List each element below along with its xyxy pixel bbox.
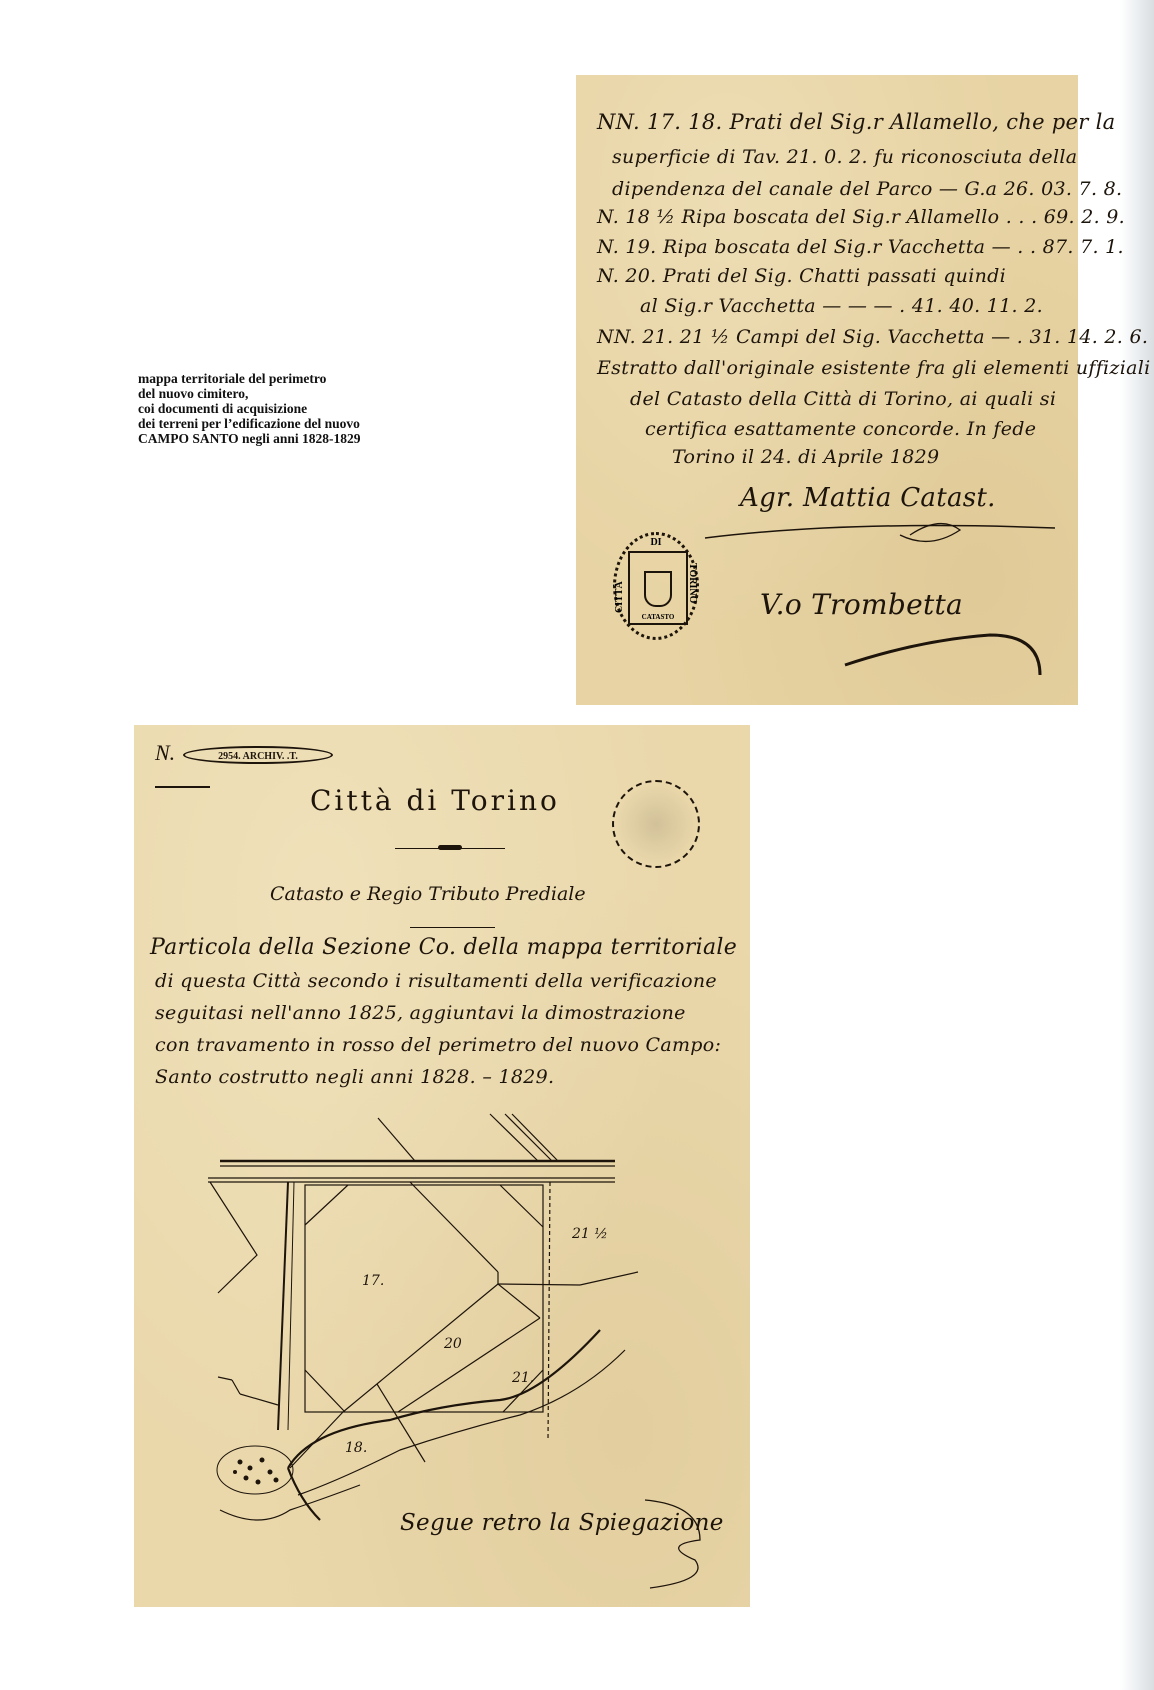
number-underline [155,786,210,788]
figure-caption: mappa territoriale del perimetro del nuo… [138,371,438,446]
caption-line: dei terreni per l’edificazione del nuovo [138,416,438,431]
signature-underline [840,620,1050,680]
handwritten-line: superficie di Tav. 21. 0. 2. fu riconosc… [612,146,1077,168]
handwritten-line: N. 20. Prati del Sig. Chatti passati qui… [597,265,1006,287]
handwritten-line: N. 19. Ripa boscata del Sig.r Vacchetta … [597,236,1124,258]
city-title: Città di Torino [310,784,560,817]
footer-flourish [640,1490,720,1600]
archive-stamp: 2954. ARCHIV. .T. [183,746,333,764]
handwritten-line: NN. 17. 18. Prati del Sig.r Allamello, c… [597,110,1115,134]
handwritten-line: Santo costrutto negli anni 1828. – 1829. [155,1066,554,1088]
signature-cataster: Agr. Mattia Catast. [740,483,996,513]
subtitle-divider [410,927,495,928]
parcel-label-21: 21. [511,1370,534,1386]
handwritten-line: di questa Città secondo i risultamenti d… [155,970,717,992]
seal-text-top: DI [616,537,696,548]
round-stamp [612,780,700,868]
handwritten-line: N. 18 ½ Ripa boscata del Sig.r Allamello… [597,206,1125,228]
caption-line: del nuovo cimitero, [138,386,438,401]
seal-frame: CATASTO [628,551,688,625]
handwritten-line: Particola della Sezione Co. della mappa … [150,935,737,960]
document-number-label: N. [155,740,175,766]
handwritten-line: seguitasi nell'anno 1825, aggiuntavi la … [155,1002,686,1024]
signature-visto: V.o Trombetta [760,588,963,621]
handwritten-line: Torino il 24. di Aprile 1829 [672,446,939,468]
caption-line: coi documenti di acquisizione [138,401,438,416]
seal-text-right: TORINO [687,563,698,575]
seal-text-bottom: CATASTO [630,613,686,621]
handwritten-line: al Sig.r Vacchetta — — — . 41. 40. 11. 2… [640,295,1043,317]
handwritten-line: con travamento in rosso del perimetro de… [155,1034,721,1056]
caption-line: mappa territoriale del perimetro [138,371,438,386]
parcel-label-18: 18. [345,1440,367,1456]
handwritten-line: Estratto dall'originale esistente fra gl… [597,357,1151,379]
seal-text-left: CITTÀ [614,581,625,613]
parcel-label-20: 20 [443,1336,462,1352]
cemetery-perimeter-map: 17. 20 21. 21 ½ 18. [180,1100,680,1540]
handwritten-line: NN. 21. 21 ½ Campi del Sig. Vacchetta — … [597,326,1148,348]
title-ornament [438,845,462,850]
handwritten-line: certifica esattamente concorde. In fede [645,418,1036,440]
coat-of-arms-icon [644,571,672,607]
catasto-seal: DI CITTÀ TORINO CATASTO [613,532,699,640]
signature-flourish [700,510,1060,550]
page-gutter-shadow [1120,0,1154,1690]
parcel-label-17: 17. [362,1273,384,1289]
handwritten-line: dipendenza del canale del Parco — G.a 26… [612,178,1122,200]
parcel-label-21-half: 21 ½ [571,1226,608,1242]
caption-line: CAMPO SANTO negli anni 1828-1829 [138,431,438,446]
handwritten-line: del Catasto della Città di Torino, ai qu… [630,388,1056,410]
document-subtitle: Catasto e Regio Tributo Prediale [270,883,586,905]
